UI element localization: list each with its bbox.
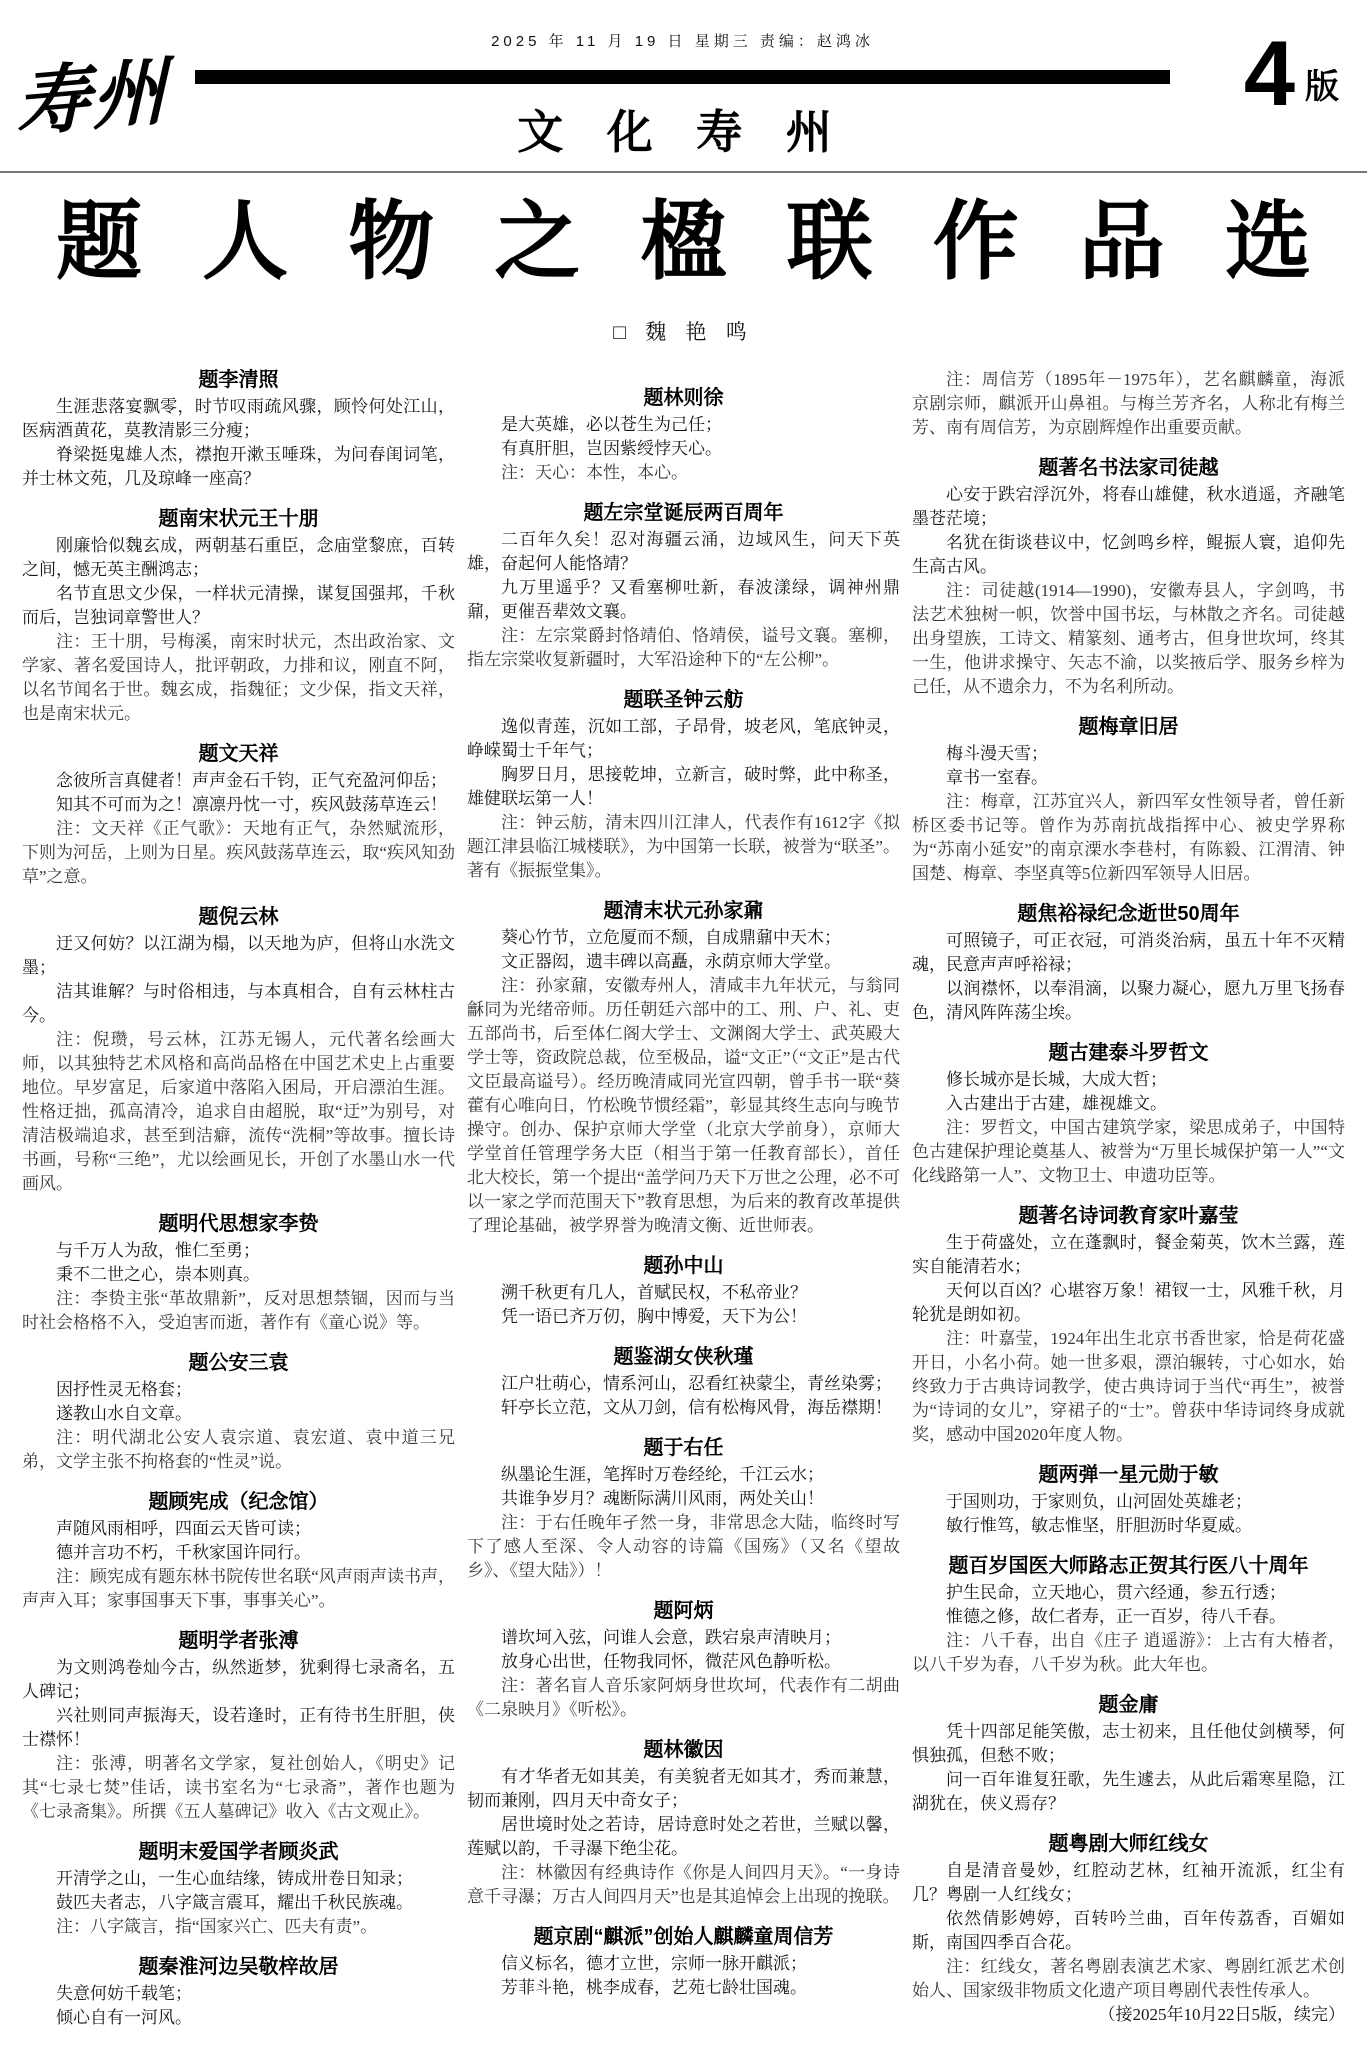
note-text: 注：叶嘉莹，1924年出生北京书香世家，恰是荷花盛开日，小名小荷。她一世多艰，漂… (912, 1327, 1345, 1447)
headline: 题人物之楹联作品选 (56, 192, 1311, 292)
note-text: 注：文天祥《正气歌》：天地有正气，杂然赋流形，下则为河岳，上则为日星。疾风鼓荡草… (22, 817, 455, 889)
note-text: 注：顾宪成有题东林书院传世名联“风声雨声读书声，声声入耳；家事国事天下事，事事关… (22, 1565, 455, 1613)
article-section: 题古建泰斗罗哲文修长城亦是长城，大成大哲；入古建出于古建，雄视雄文。注：罗哲文，… (912, 1041, 1345, 1188)
couplet-line: 章书一室春。 (912, 766, 1345, 790)
headline-char: 之 (494, 192, 580, 292)
section-heading: 题倪云林 (22, 905, 455, 929)
article-section: 题京剧“麒派”创始人麒麟童周信芳信义标名，德才立世，宗师一脉开麒派；芳菲斗艳，桃… (467, 1925, 900, 2000)
header-divider-bar (195, 70, 1170, 84)
column-1: 题李清照生涯悲落宴飘零，时节叹雨疏风骤，顾怜何处江山，医病酒黄花，莫教清影三分瘦… (22, 368, 455, 2030)
couplet-line: 惟德之修，故仁者寿，正一百岁，待八千春。 (912, 1605, 1345, 1629)
section-heading: 题阿炳 (467, 1599, 900, 1623)
couplet-line: 刚廉恰似魏玄成，两朝基石重臣，念庙堂黎庶，百转之间，憾无英主酬鸿志； (22, 534, 455, 582)
article-section: 题文天祥念彼所言真健者！声声金石千钧，正气充盈河仰岳；知其不可而为之！凛凛丹忱一… (22, 742, 455, 889)
couplet-line: 护生民命，立天地心，贯六经通，参五行透； (912, 1581, 1345, 1605)
couplet-line: 兴社则同声振海天，设若逢时，正有待书生肝胆，侠士襟怀！ (22, 1704, 455, 1752)
byline: □ 魏 艳 鸣 (0, 316, 1367, 346)
note-text: 注：于右任晚年孑然一身，非常思念大陆，临终时写下了感人至深、令人动容的诗篇《国殇… (467, 1511, 900, 1583)
article-section: 题林则徐是大英雄，必以苍生为己任；有真肝胆，岂因紫绶悖天心。注：天心：本性，本心… (467, 386, 900, 485)
couplet-line: 共谁争岁月？魂断际满川风雨，两处关山！ (467, 1487, 900, 1511)
couplet-line: 放身心出世，任物我同怀，微茫风色静听松。 (467, 1650, 900, 1674)
article-section: 题联圣钟云舫逸似青莲，沉如工部，子昂骨，坡老风，笔底钟灵，峥嵘蜀士千年气；胸罗日… (467, 688, 900, 883)
article-section: 题林徽因有才华者无如其美，有美貌者无如其才，秀而兼慧，韧而兼刚，四月天中奇女子；… (467, 1738, 900, 1909)
article-section: 题公安三袁因抒性灵无格套；遂教山水自文章。注：明代湖北公安人袁宗道、袁宏道、袁中… (22, 1351, 455, 1474)
column-3: 注：周信芳（1895年－1975年），艺名麒麟童，海派京剧宗师，麒派开山鼻祖。与… (912, 368, 1345, 2030)
article-section: 题明学者张溥为文则鸿卷灿今古，纵然逝梦，犹剩得七录斋名，五人碑记；兴社则同声振海… (22, 1629, 455, 1824)
section-heading: 题秦淮河边吴敬梓故居 (22, 1955, 455, 1979)
couplet-line: 遂教山水自文章。 (22, 1402, 455, 1426)
couplet-line: 信义标名，德才立世，宗师一脉开麒派； (467, 1952, 900, 1976)
note-text: 注：王十朋，号梅溪，南宋时状元，杰出政治家、文学家、著名爱国诗人，批评朝政，力排… (22, 630, 455, 726)
section-heading: 题粤剧大师红线女 (912, 1832, 1345, 1856)
couplet-line: 轩亭长立范，文从刀剑，信有松梅风骨，海岳襟期！ (467, 1396, 900, 1420)
section-heading: 题两弹一星元勋于敏 (912, 1463, 1345, 1487)
note-text: 注：八字箴言，指“国家兴亡、匹夫有责”。 (22, 1915, 455, 1939)
article-section: 题两弹一星元勋于敏于国则功，于家则负，山河固处英雄老；敏行惟笃，敏志惟坚，肝胆沥… (912, 1463, 1345, 1538)
article-section: 注：周信芳（1895年－1975年），艺名麒麟童，海派京剧宗师，麒派开山鼻祖。与… (912, 368, 1345, 440)
section-heading: 题左宗堂诞辰两百周年 (467, 501, 900, 525)
couplet-line: 名犹在街谈巷议中，忆剑鸣乡梓，鲲振人寰，追仰先生高古风。 (912, 531, 1345, 579)
section-heading: 题明学者张溥 (22, 1629, 455, 1653)
couplet-line: 修长城亦是长城，大成大哲； (912, 1068, 1345, 1092)
page-number-label: 版 (1305, 59, 1339, 108)
headline-char: 选 (1225, 192, 1311, 292)
couplet-line: 文正器闳，遗丰碑以高矗，永荫京师大学堂。 (467, 950, 900, 974)
couplet-line: 心安于跌宕浮沉外，将春山雄健，秋水逍遥，齐融笔墨苍茫境； (912, 483, 1345, 531)
section-heading: 题联圣钟云舫 (467, 688, 900, 712)
couplet-line: 有真肝胆，岂因紫绶悖天心。 (467, 437, 900, 461)
couplet-line: 念彼所言真健者！声声金石千钧，正气充盈河仰岳； (22, 769, 455, 793)
section-heading: 题林则徐 (467, 386, 900, 410)
couplet-line: 入古建出于古建，雄视雄文。 (912, 1092, 1345, 1116)
couplet-line: 葵心竹节，立危厦而不颓，自成鼎鼐中天木； (467, 926, 900, 950)
headline-char: 联 (787, 192, 873, 292)
section-heading: 题林徽因 (467, 1738, 900, 1762)
couplet-line: 生涯悲落宴飘零，时节叹雨疏风骤，顾怜何处江山，医病酒黄花，莫教清影三分瘦； (22, 395, 455, 443)
article-section: 题秦淮河边吴敬梓故居失意何妨千载笔；倾心自有一河风。 (22, 1955, 455, 2030)
section-heading: 题著名书法家司徒越 (912, 456, 1345, 480)
article-section: 题于右任纵墨论生涯，笔挥时万卷经纶，千江云水；共谁争岁月？魂断际满川风雨，两处关… (467, 1436, 900, 1583)
note-text: 注：倪瓒，号云林，江苏无锡人，元代著名绘画大师，以其独特艺术风格和高尚品格在中国… (22, 1028, 455, 1196)
article-section: 题粤剧大师红线女自是清音曼妙，红腔动艺林，红袖开流派，红尘有几？粤剧一人红线女；… (912, 1832, 1345, 2027)
couplet-line: 秉不二世之心，崇本则真。 (22, 1263, 455, 1287)
couplet-line: 可照镜子，可正衣冠，可消炎治病，虽五十年不灭精魂，民意声声呼裕禄； (912, 929, 1345, 977)
note-text: 注：张溥，明著名文学家，复社创始人，《明史》记其“七录七焚”佳话，读书室名为“七… (22, 1752, 455, 1824)
couplet-line: 溯千秋更有几人，首赋民权，不私帝业？ (467, 1281, 900, 1305)
couplet-line: 凭十四部足能笑傲，志士初来，且任他仗剑横琴，何惧独孤，但愁不败； (912, 1720, 1345, 1768)
section-heading: 题文天祥 (22, 742, 455, 766)
masthead-logo: 寿州 (15, 30, 187, 175)
couplet-line: 名节直思文少保，一样状元清操，谋复国强邦，千秋而后，岂独词章警世人？ (22, 582, 455, 630)
page-number-block: 4 版 (1244, 28, 1339, 120)
headline-char: 物 (348, 192, 434, 292)
note-text: 注：红线女，著名粤剧表演艺术家、粤剧红派艺术创始人、国家级非物质文化遗产项目粤剧… (912, 1955, 1345, 2003)
couplet-line: 自是清音曼妙，红腔动艺林，红袖开流派，红尘有几？粤剧一人红线女； (912, 1859, 1345, 1907)
section-heading: 题孙中山 (467, 1254, 900, 1278)
page-number: 4 (1244, 28, 1295, 120)
headline-char: 品 (1079, 192, 1165, 292)
article-section: 题左宗堂诞辰两百周年二百年久矣！忍对海疆云涌，边域风生，问天下英雄，奋起何人能恪… (467, 501, 900, 672)
article-section: 题顾宪成（纪念馆）声随风雨相呼，四面云天皆可读；德并言功不朽，千秋家国许同行。注… (22, 1490, 455, 1613)
note-text: 注：著名盲人音乐家阿炳身世坎坷，代表作有二胡曲《二泉映月》《听松》。 (467, 1674, 900, 1722)
section-heading: 题著名诗词教育家叶嘉莹 (912, 1204, 1345, 1228)
couplet-line: 胸罗日月，思接乾坤，立新言，破时弊，此中称圣，雄健联坛第一人！ (467, 763, 900, 811)
note-text: 注：罗哲文，中国古建筑学家，梁思成弟子，中国特色古建保护理论奠基人、被誉为“万里… (912, 1116, 1345, 1188)
couplet-line: 鼓匹夫者志，八字箴言震耳，耀出千秋民族魂。 (22, 1891, 455, 1915)
section-heading: 题金庸 (912, 1693, 1345, 1717)
couplet-line: 知其不可而为之！凛凛丹忱一寸，疾风鼓荡草连云！ (22, 793, 455, 817)
couplet-line: 九万里遥乎？又看塞柳吐新，春波漾绿，调神州鼎鼐，更催吾辈效文襄。 (467, 576, 900, 624)
couplet-line: 是大英雄，必以苍生为己任； (467, 413, 900, 437)
article-section: 题倪云林迂又何妨？以江湖为榻，以天地为庐，但将山水洗文墨；洁其谁解？与时俗相违，… (22, 905, 455, 1196)
section-heading: 题顾宪成（纪念馆） (22, 1490, 455, 1514)
section-title: 文 化 寿 州 (195, 96, 1170, 162)
section-heading: 题清末状元孙家鼐 (467, 899, 900, 923)
section-heading: 题明代思想家李贽 (22, 1212, 455, 1236)
headline-char: 人 (202, 192, 288, 292)
couplet-line: 以润襟怀，以奉涓滴，以聚力凝心，愿九万里飞扬春色，清风阵阵荡尘埃。 (912, 977, 1345, 1025)
couplet-line: 梅斗漫天雪； (912, 742, 1345, 766)
article-columns: 题李清照生涯悲落宴飘零，时节叹雨疏风骤，顾怜何处江山，医病酒黄花，莫教清影三分瘦… (0, 368, 1367, 2030)
column-2: 题林则徐是大英雄，必以苍生为己任；有真肝胆，岂因紫绶悖天心。注：天心：本性，本心… (467, 368, 900, 2030)
newspaper-page: 寿州 2025 年 11 月 19 日 星期三 责编：赵鸿冰 文 化 寿 州 4… (0, 0, 1367, 2070)
section-heading: 题于右任 (467, 1436, 900, 1460)
dateline: 2025 年 11 月 19 日 星期三 责编：赵鸿冰 (195, 30, 1170, 51)
article-section: 题南宋状元王十朋刚廉恰似魏玄成，两朝基石重臣，念庙堂黎庶，百转之间，憾无英主酬鸿… (22, 507, 455, 726)
couplet-line: 声随风雨相呼，四面云天皆可读； (22, 1517, 455, 1541)
article-section: 题孙中山溯千秋更有几人，首赋民权，不私帝业？凭一语已齐万仞，胸中博爱，天下为公！ (467, 1254, 900, 1329)
couplet-line: 开清学之山，一生心血结缘，铸成卅卷日知录； (22, 1867, 455, 1891)
couplet-line: 生于荷盛处，立在蓬飘时，餐金菊英，饮木兰露，莲实自能清若水； (912, 1231, 1345, 1279)
couplet-line: 为文则鸿卷灿今古，纵然逝梦，犹剩得七录斋名，五人碑记； (22, 1656, 455, 1704)
section-heading: 题古建泰斗罗哲文 (912, 1041, 1345, 1065)
article-section: 题百岁国医大师路志正贺其行医八十周年护生民命，立天地心，贯六经通，参五行透；惟德… (912, 1554, 1345, 1677)
note-text: 注：周信芳（1895年－1975年），艺名麒麟童，海派京剧宗师，麒派开山鼻祖。与… (912, 368, 1345, 440)
couplet-line: 谱坎坷入弦，问谁人会意，跌宕泉声清映月； (467, 1626, 900, 1650)
couplet-line: 洁其谁解？与时俗相违，与本真相合，自有云林柱古今。 (22, 980, 455, 1028)
article-section: 题梅章旧居梅斗漫天雪；章书一室春。注：梅章，江苏宜兴人，新四军女性领导者，曾任新… (912, 715, 1345, 886)
section-heading: 题鉴湖女侠秋瑾 (467, 1345, 900, 1369)
article-section: 题明代思想家李贽与千万人为敌，惟仁至勇；秉不二世之心，崇本则真。注：李贽主张“革… (22, 1212, 455, 1335)
couplet-line: 倾心自有一河风。 (22, 2006, 455, 2030)
article-section: 题焦裕禄纪念逝世50周年可照镜子，可正衣冠，可消炎治病，虽五十年不灭精魂，民意声… (912, 902, 1345, 1025)
couplet-line: 因抒性灵无格套； (22, 1378, 455, 1402)
couplet-line: 逸似青莲，沉如工部，子昂骨，坡老风，笔底钟灵，峥嵘蜀士千年气； (467, 715, 900, 763)
article-section: 题清末状元孙家鼐葵心竹节，立危厦而不颓，自成鼎鼐中天木；文正器闳，遗丰碑以高矗，… (467, 899, 900, 1238)
couplet-line: 纵墨论生涯，笔挥时万卷经纶，千江云水； (467, 1463, 900, 1487)
section-heading: 题百岁国医大师路志正贺其行医八十周年 (912, 1554, 1345, 1578)
header-rule (0, 171, 1367, 173)
couplet-line: 有才华者无如其美，有美貌者无如其才，秀而兼慧，韧而兼刚，四月天中奇女子； (467, 1765, 900, 1813)
article-section: 题著名书法家司徒越心安于跌宕浮沉外，将春山雄健，秋水逍遥，齐融笔墨苍茫境；名犹在… (912, 456, 1345, 699)
article-section: 题李清照生涯悲落宴飘零，时节叹雨疏风骤，顾怜何处江山，医病酒黄花，莫教清影三分瘦… (22, 368, 455, 491)
couplet-line: 敏行惟笃，敏志惟坚，肝胆沥时华夏威。 (912, 1514, 1345, 1538)
note-text: 注：左宗棠爵封恪靖伯、恪靖侯，谥号文襄。塞柳，指左宗棠收复新疆时，大军沿途种下的… (467, 624, 900, 672)
article-section: 题鉴湖女侠秋瑾江户壮萌心，情系河山，忍看红袂蒙尘，青丝染雾；轩亭长立范，文从刀剑… (467, 1345, 900, 1420)
note-text: 注：天心：本性，本心。 (467, 461, 900, 485)
article-section: 题金庸凭十四部足能笑傲，志士初来，且任他仗剑横琴，何惧独孤，但愁不败；问一百年谁… (912, 1693, 1345, 1816)
section-heading: 题南宋状元王十朋 (22, 507, 455, 531)
couplet-line: 脊梁挺鬼雄人杰，襟抱开漱玉唾珠，为问春闺词笔，并士林文苑，几及琼峰一座高？ (22, 443, 455, 491)
headline-char: 楹 (641, 192, 727, 292)
section-heading: 题梅章旧居 (912, 715, 1345, 739)
couplet-line: 失意何妨千载笔； (22, 1982, 455, 2006)
couplet-line: 依然倩影娉婷，百转吟兰曲，百年传荔香，百媚如斯，南国四季百合花。 (912, 1907, 1345, 1955)
note-text: 注：八千春，出自《庄子 逍遥游》：上古有大椿者，以八千岁为春，八千岁为秋。此大年… (912, 1629, 1345, 1677)
section-heading: 题公安三袁 (22, 1351, 455, 1375)
article-section: 题阿炳谱坎坷入弦，问谁人会意，跌宕泉声清映月；放身心出世，任物我同怀，微茫风色静… (467, 1599, 900, 1722)
couplet-line: 迂又何妨？以江湖为榻，以天地为庐，但将山水洗文墨； (22, 932, 455, 980)
couplet-line: 凭一语已齐万仞，胸中博爱，天下为公！ (467, 1305, 900, 1329)
article-section: 题著名诗词教育家叶嘉莹生于荷盛处，立在蓬飘时，餐金菊英，饮木兰露，莲实自能清若水… (912, 1204, 1345, 1447)
section-heading: 题焦裕禄纪念逝世50周年 (912, 902, 1345, 926)
headline-char: 题 (56, 192, 142, 292)
note-text: 注：明代湖北公安人袁宗道、袁宏道、袁中道三兄弟，文学主张不拘格套的“性灵”说。 (22, 1426, 455, 1474)
couplet-line: 二百年久矣！忍对海疆云涌，边域风生，问天下英雄，奋起何人能恪靖？ (467, 528, 900, 576)
headline-char: 作 (933, 192, 1019, 292)
couplet-line: 芳菲斗艳，桃李成春，艺苑七龄壮国魂。 (467, 1976, 900, 2000)
section-heading: 题京剧“麒派”创始人麒麟童周信芳 (467, 1925, 900, 1949)
couplet-line: 问一百年谁复狂歌，先生遽去，从此后霜寒星隐，江湖犹在，侠义焉存？ (912, 1768, 1345, 1816)
couplet-line: 于国则功，于家则负，山河固处英雄老； (912, 1490, 1345, 1514)
note-text: 注：司徒越(1914—1990)，安徽寿县人，字剑鸣，书法艺术独树一帜，饮誉中国… (912, 579, 1345, 699)
couplet-line: 德并言功不朽，千秋家国许同行。 (22, 1541, 455, 1565)
article-section: 题明末爱国学者顾炎武开清学之山，一生心血结缘，铸成卅卷日知录；鼓匹夫者志，八字箴… (22, 1840, 455, 1939)
section-heading: 题明末爱国学者顾炎武 (22, 1840, 455, 1864)
continuation-note: （接2025年10月22日5版，续完） (912, 2003, 1345, 2027)
note-text: 注：林徽因有经典诗作《你是人间四月天》。“一身诗意千寻瀑；万古人间四月天”也是其… (467, 1861, 900, 1909)
couplet-line: 居世境时处之若诗，居诗意时处之若世，兰赋以馨，莲赋以韵，千寻瀑下绝尘花。 (467, 1813, 900, 1861)
section-heading: 题李清照 (22, 368, 455, 392)
note-text: 注：钟云舫，清末四川江津人，代表作有1612字《拟题江津县临江城楼联》，为中国第… (467, 811, 900, 883)
note-text: 注：孙家鼐，安徽寿州人，清咸丰九年状元，与翁同龢同为光绪帝师。历任朝廷六部中的工… (467, 974, 900, 1238)
couplet-line: 天何以百凶？心堪容万象！裙钗一士，风雅千秋，月轮犹是朗如初。 (912, 1279, 1345, 1327)
note-text: 注：梅章，江苏宜兴人，新四军女性领导者，曾任新桥区委书记等。曾作为苏南抗战指挥中… (912, 790, 1345, 886)
couplet-line: 与千万人为敌，惟仁至勇； (22, 1239, 455, 1263)
note-text: 注：李贽主张“革故鼎新”，反对思想禁锢，因而与当时社会格格不入，受迫害而逝，著作… (22, 1287, 455, 1335)
couplet-line: 江户壮萌心，情系河山，忍看红袂蒙尘，青丝染雾； (467, 1372, 900, 1396)
